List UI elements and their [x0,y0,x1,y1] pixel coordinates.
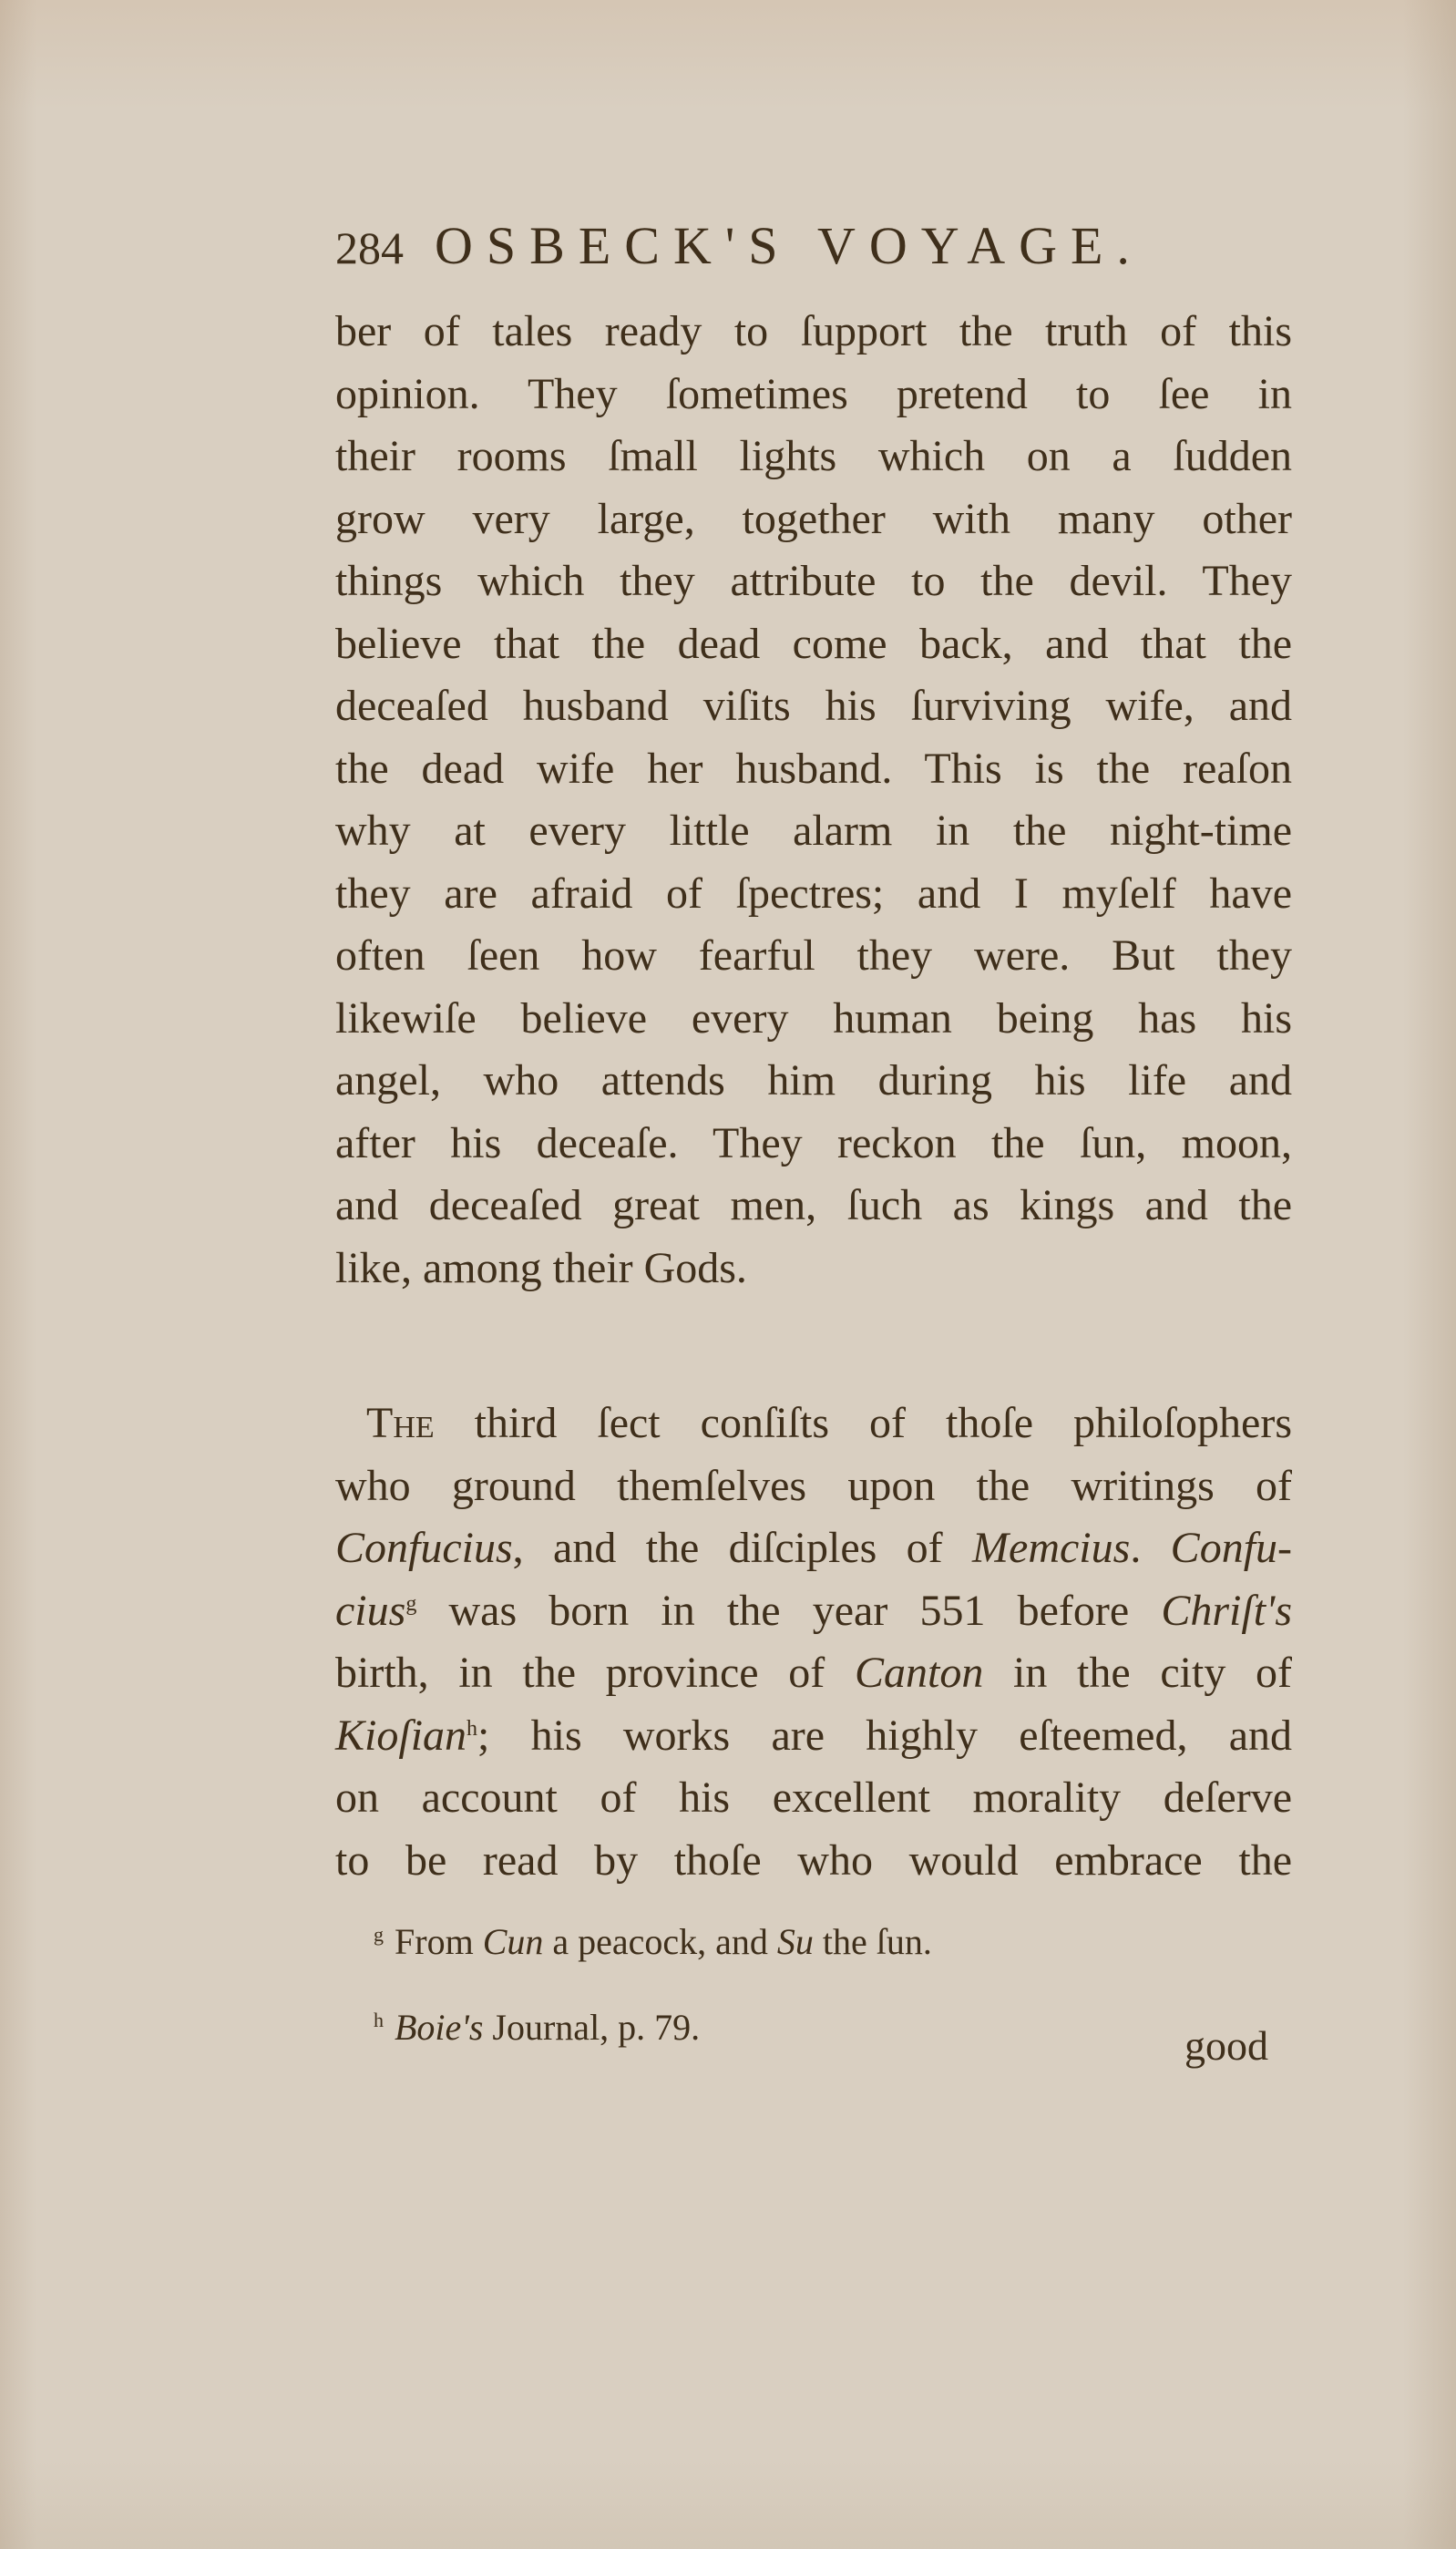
text-line: likewiſe believe every human being has h… [335,988,1292,1051]
text-line: why at every little alarm in the night-t… [335,800,1292,863]
paragraph-2: The third ſect conſiſts of thoſe philoſo… [335,1393,1292,1892]
footnote-ref-h[interactable]: h [467,1717,477,1741]
page-number: 284 [335,221,404,274]
text-line: often ſeen how fearful they were. But th… [335,925,1292,988]
text-span: was born in the year 551 before [416,1587,1161,1635]
catchword: good [1184,2021,1268,2070]
body-text: ber of tales ready to ſupport the truth … [335,301,1292,1892]
word-su: Su [777,1921,814,1962]
text-line: angel, who attends him during his life a… [335,1050,1292,1113]
text-line: they are afraid of ſpectres; and I myſel… [335,863,1292,926]
text-span: . [1130,1524,1170,1572]
text-line: who ground themſelves upon the writings … [335,1455,1292,1518]
text-line: their rooms ſmall lights which on a ſudd… [335,426,1292,488]
text-line: ber of tales ready to ſupport the truth … [335,301,1292,364]
text-line: like, among their Gods. [335,1238,1292,1300]
footnote-ref-g[interactable]: g [405,1592,416,1616]
text-line: The third ſect conſiſts of thoſe philoſo… [335,1393,1292,1455]
footnotes: gFrom Cun a peacock, and Su the ſun. hBo… [374,1896,1194,2067]
text-line: to be read by thoſe who would embrace th… [335,1830,1292,1893]
footnote-h: hBoie's Journal, p. 79. [374,1981,1194,2067]
name-memcius: Memcius [972,1524,1130,1572]
name-confu: Confu- [1171,1524,1292,1572]
text-line: the dead wife her husband. This is the r… [335,738,1292,801]
text-line: Confucius, and the diſciples of Memcius.… [335,1517,1292,1580]
name-christ: Chriſt's [1161,1587,1292,1635]
footnote-mark: h [374,2009,384,2031]
text-line: deceaſed husband viſits his ſurviving wi… [335,675,1292,738]
text-line: grow very large, together with many othe… [335,488,1292,551]
text-span: in the city of [983,1649,1292,1697]
text-span: ; his works are highly eſteemed, and [477,1711,1292,1760]
text-span: From [395,1921,483,1962]
running-title: OSBECK'S VOYAGE. [435,215,1143,276]
page-header: 284 OSBECK'S VOYAGE. [335,215,1192,276]
text-line: opinion. They ſometimes pretend to ſee i… [335,364,1292,427]
footnote-g: gFrom Cun a peacock, and Su the ſun. [374,1896,1194,1981]
small-caps-lead: The [366,1399,435,1447]
text-line: and deceaſed great men, ſuch as kings an… [335,1175,1292,1238]
text-line: after his deceaſe. They reckon the ſun, … [335,1113,1292,1176]
name-boie: Boie's [395,2007,483,2048]
name-cius: cius [335,1587,405,1635]
place-kiofian: Kioſian [335,1711,467,1760]
text-line: ciusg was born in the year 551 before Ch… [335,1580,1292,1643]
text-line: Kioſianh; his works are highly eſteemed,… [335,1705,1292,1768]
text-line: believe that the dead come back, and tha… [335,613,1292,676]
text-span: birth, in the province of [335,1649,855,1697]
place-canton: Canton [855,1649,983,1697]
word-cun: Cun [483,1921,544,1962]
text-span: a peacock, and [543,1921,777,1962]
paragraph-gap [335,1300,1292,1393]
paragraph-1: ber of tales ready to ſupport the truth … [335,301,1292,1300]
name-confucius: Confucius [335,1524,513,1572]
text-span: Journal, p. 79. [483,2007,700,2048]
footnote-mark: g [374,1923,384,1946]
text-line: things which they attribute to the devil… [335,550,1292,613]
text-line: birth, in the province of Canton in the … [335,1642,1292,1705]
text-span: the ſun. [814,1921,932,1962]
text-line: on account of his excellent morality deſ… [335,1767,1292,1830]
text-span: , and the diſciples of [513,1524,972,1572]
text-span: third ſect conſiſts of thoſe philoſopher… [435,1399,1292,1447]
